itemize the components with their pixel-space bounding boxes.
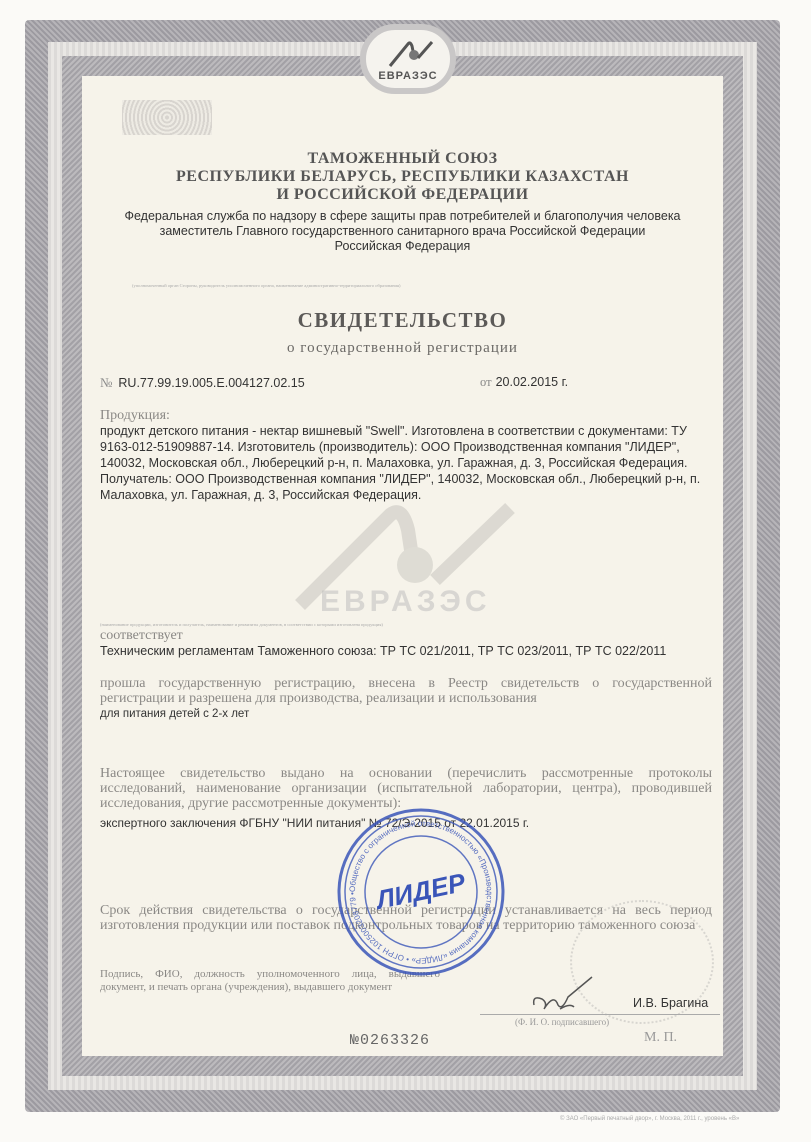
conformity-regulations: Техническим регламентам Таможенного союз… xyxy=(100,643,712,659)
union-line: ТАМОЖЕННЫЙ СОЮЗ xyxy=(82,150,723,168)
product-caption: (наименование продукции, изготовитель и … xyxy=(100,622,712,627)
conformity-label: соответствует xyxy=(100,628,712,643)
eurasec-logo-icon xyxy=(388,38,434,68)
union-line: И РОССИЙСКОЙ ФЕДЕРАЦИИ xyxy=(82,186,723,204)
basis-text: Настоящее свидетельство выдано на основа… xyxy=(100,766,712,811)
agency-line: заместитель Главного государственного са… xyxy=(82,224,723,239)
product-description: продукт детского питания - нектар вишнев… xyxy=(100,423,712,503)
issuing-agency: Федеральная служба по надзору в сфере за… xyxy=(82,209,723,254)
agency-line: Российская Федерация xyxy=(82,239,723,254)
certificate-title: СВИДЕТЕЛЬСТВО xyxy=(82,308,723,333)
svg-text:ЛИДЕР: ЛИДЕР xyxy=(372,867,469,916)
signature-icon xyxy=(530,975,600,1015)
certificate-date: от20.02.2015 г. xyxy=(480,375,568,390)
union-line: РЕСПУБЛИКИ БЕЛАРУСЬ, РЕСПУБЛИКИ КАЗАХСТА… xyxy=(82,168,723,186)
product-section: Продукция: продукт детского питания - не… xyxy=(100,408,712,503)
registration-section: прошла государственную регистрацию, внес… xyxy=(100,676,712,722)
signer-name: И.В. Брагина xyxy=(633,996,708,1010)
registration-text: прошла государственную регистрацию, внес… xyxy=(100,676,712,706)
customs-union-header: ТАМОЖЕННЫЙ СОЮЗ РЕСПУБЛИКИ БЕЛАРУСЬ, РЕС… xyxy=(82,150,723,204)
number-value: RU.77.99.19.005.E.004127.02.15 xyxy=(118,376,304,390)
authority-caption: (уполномоченный орган Стороны, руководит… xyxy=(132,283,672,288)
seal-place-label: М. П. xyxy=(644,1030,677,1046)
company-stamp-icon: Общество с ограниченной ответственностью… xyxy=(332,808,510,976)
number-label: № xyxy=(100,375,112,390)
form-serial-number: №0263326 xyxy=(350,1032,430,1049)
printer-footer: © ЗАО «Первый печатный двор», г. Москва,… xyxy=(560,1116,739,1122)
guilloche-pattern xyxy=(122,100,212,135)
signature-line xyxy=(480,1014,720,1015)
emblem-label: ЕВРАЗЭС xyxy=(378,70,437,82)
date-value: 20.02.2015 г. xyxy=(496,375,569,389)
date-label: от xyxy=(480,375,492,389)
certificate-number: №RU.77.99.19.005.E.004127.02.15 xyxy=(100,375,305,391)
usage-scope: для питания детей с 2-х лет xyxy=(100,706,712,722)
product-label: Продукция: xyxy=(100,408,712,423)
eurasec-emblem: ЕВРАЗЭС xyxy=(360,24,456,94)
watermark-text: ЕВРАЗЭС xyxy=(320,585,491,619)
agency-line: Федеральная служба по надзору в сфере за… xyxy=(82,209,723,224)
certificate-subtitle: о государственной регистрации xyxy=(82,340,723,357)
signer-caption: (Ф. И. О. подписавшего) xyxy=(515,1017,609,1027)
conformity-section: соответствует Техническим регламентам Та… xyxy=(100,628,712,659)
